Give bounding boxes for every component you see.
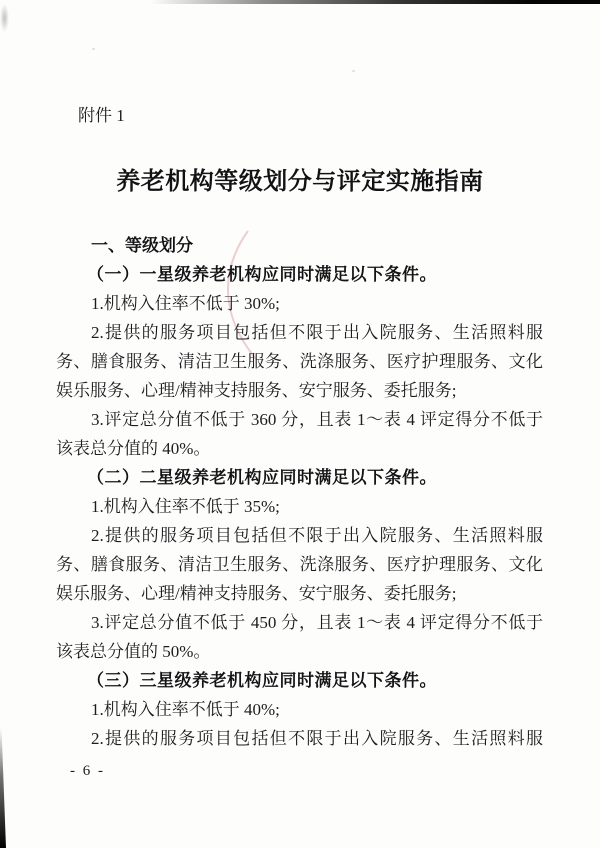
item-occupancy-1: 1.机构入住率不低于 30%; (56, 289, 543, 318)
item-score-2-line2: 该表总分值的 50%。 (56, 637, 543, 666)
clause-heading-1: （一）一星级养老机构应同时满足以下条件。 (56, 260, 543, 289)
item-services-2-line1: 2.提供的服务项目包括但不限于出入院服务、生活照料服 (56, 521, 543, 550)
document-body: 一、等级划分（一）一星级养老机构应同时满足以下条件。1.机构入住率不低于 30%… (56, 231, 543, 753)
page-number: - 6 - (70, 763, 105, 780)
scan-artifact-bottom-left-edge (0, 728, 6, 848)
document-page: 附件 1 养老机构等级划分与评定实施指南 一、等级划分（一）一星级养老机构应同时… (0, 0, 600, 848)
item-services-2-line2: 务、膳食服务、清洁卫生服务、洗涤服务、医疗护理服务、文化 (56, 550, 543, 579)
item-occupancy-3: 1.机构入住率不低于 40%; (56, 695, 543, 724)
section-heading: 一、等级划分 (56, 231, 543, 260)
scan-dust-speck (92, 48, 95, 50)
item-services-1-line1: 2.提供的服务项目包括但不限于出入院服务、生活照料服 (56, 318, 543, 347)
attachment-label: 附件 1 (78, 103, 125, 128)
item-services-1-line2: 务、膳食服务、清洁卫生服务、洗涤服务、医疗护理服务、文化 (56, 347, 543, 376)
item-occupancy-2: 1.机构入住率不低于 35%; (56, 492, 543, 521)
item-score-2-line1: 3.评定总分值不低于 450 分，且表 1～表 4 评定得分不低于 (56, 608, 543, 637)
item-services-2-line3: 娱乐服务、心理/精神支持服务、安宁服务、委托服务; (56, 579, 543, 608)
item-services-1-line3: 娱乐服务、心理/精神支持服务、安宁服务、委托服务; (56, 376, 543, 405)
clause-heading-2: （二）二星级养老机构应同时满足以下条件。 (56, 463, 543, 492)
scan-dust-speck (352, 70, 355, 72)
scan-artifact-top-edge (150, 0, 600, 4)
item-score-1-line1: 3.评定总分值不低于 360 分，且表 1～表 4 评定得分不低于 (56, 405, 543, 434)
document-title: 养老机构等级划分与评定实施指南 (0, 166, 600, 198)
clause-heading-3: （三）三星级养老机构应同时满足以下条件。 (56, 666, 543, 695)
item-services-3-line1: 2.提供的服务项目包括但不限于出入院服务、生活照料服 (56, 724, 543, 753)
item-score-1-line2: 该表总分值的 40%。 (56, 434, 543, 463)
scan-artifact-smudge (0, 4, 9, 32)
